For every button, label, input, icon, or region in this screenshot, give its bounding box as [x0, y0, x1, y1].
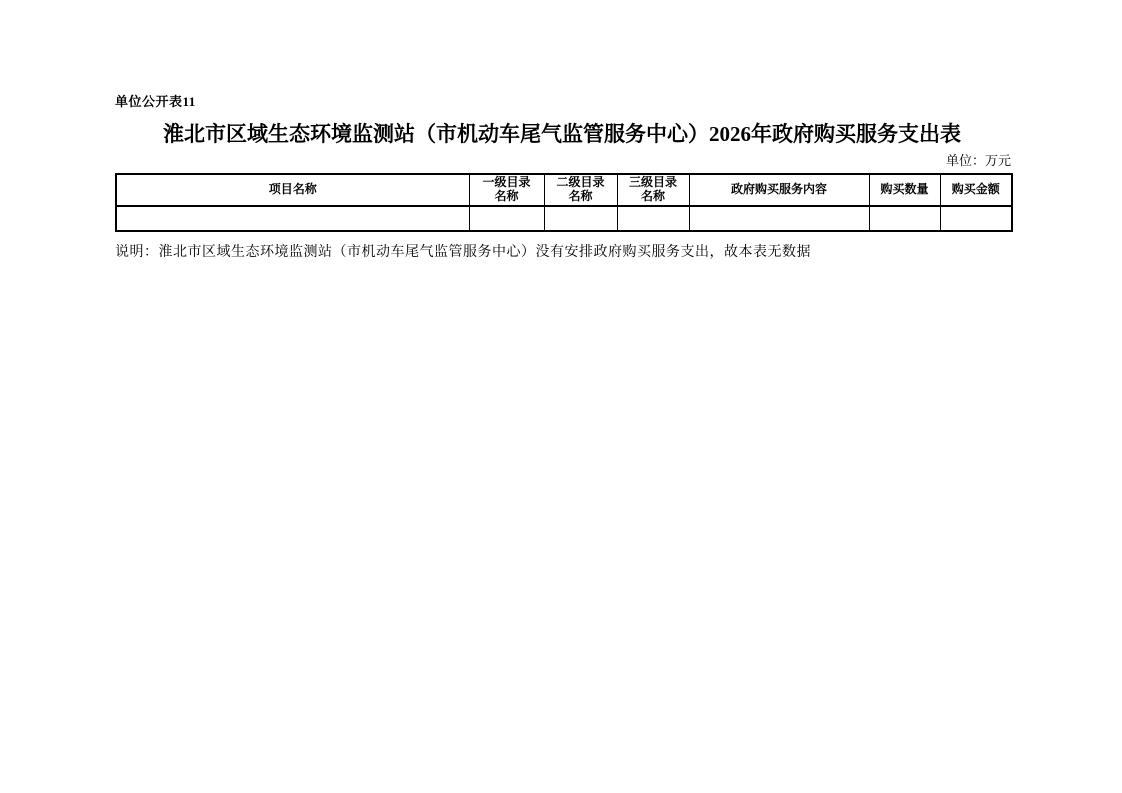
document-page: 单位公开表11 淮北市区域生态环境监测站（市机动车尾气监管服务中心）2026年政… [0, 0, 1122, 793]
column-header-purchase-amount: 购买金额 [940, 174, 1012, 206]
column-header-level1-catalog-name: 一级目录 名称 [469, 174, 544, 206]
table-cell-level3-catalog-name [617, 206, 689, 231]
column-header-service-content: 政府购买服务内容 [689, 174, 869, 206]
table-cell-purchase-amount [940, 206, 1012, 231]
column-header-purchase-quantity: 购买数量 [869, 174, 940, 206]
procurement-expense-table: 项目名称 一级目录 名称 二级目录 名称 三级目录 名称 政府购买服务内容 购买… [115, 173, 1013, 232]
table-cell-level1-catalog-name [469, 206, 544, 231]
explanation-note: 说明：淮北市区域生态环境监测站（市机动车尾气监管服务中心）没有安排政府购买服务支… [115, 241, 811, 261]
table-cell-service-content [689, 206, 869, 231]
table-cell-purchase-quantity [869, 206, 940, 231]
table-cell-project-name [116, 206, 469, 231]
table-row-empty [116, 206, 1012, 231]
column-header-level3-catalog-name: 三级目录 名称 [617, 174, 689, 206]
table-header-row: 项目名称 一级目录 名称 二级目录 名称 三级目录 名称 政府购买服务内容 购买… [116, 174, 1012, 206]
column-header-level2-catalog-name: 二级目录 名称 [544, 174, 617, 206]
page-title: 淮北市区域生态环境监测站（市机动车尾气监管服务中心）2026年政府购买服务支出表 [113, 118, 1011, 148]
table-cell-level2-catalog-name [544, 206, 617, 231]
column-header-project-name: 项目名称 [116, 174, 469, 206]
table-sequence-label: 单位公开表11 [115, 91, 196, 110]
unit-of-measure-label: 单位：万元 [113, 150, 1011, 169]
